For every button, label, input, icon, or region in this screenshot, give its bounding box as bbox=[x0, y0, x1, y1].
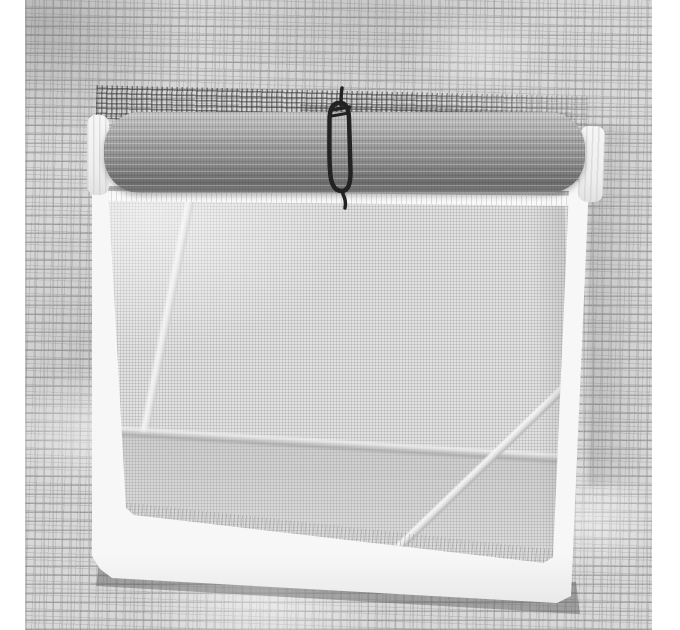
tie-knot-wrap-2 bbox=[332, 113, 350, 116]
tie-tail bbox=[342, 191, 345, 208]
tie-cord bbox=[0, 0, 680, 630]
product-photo bbox=[0, 0, 680, 630]
